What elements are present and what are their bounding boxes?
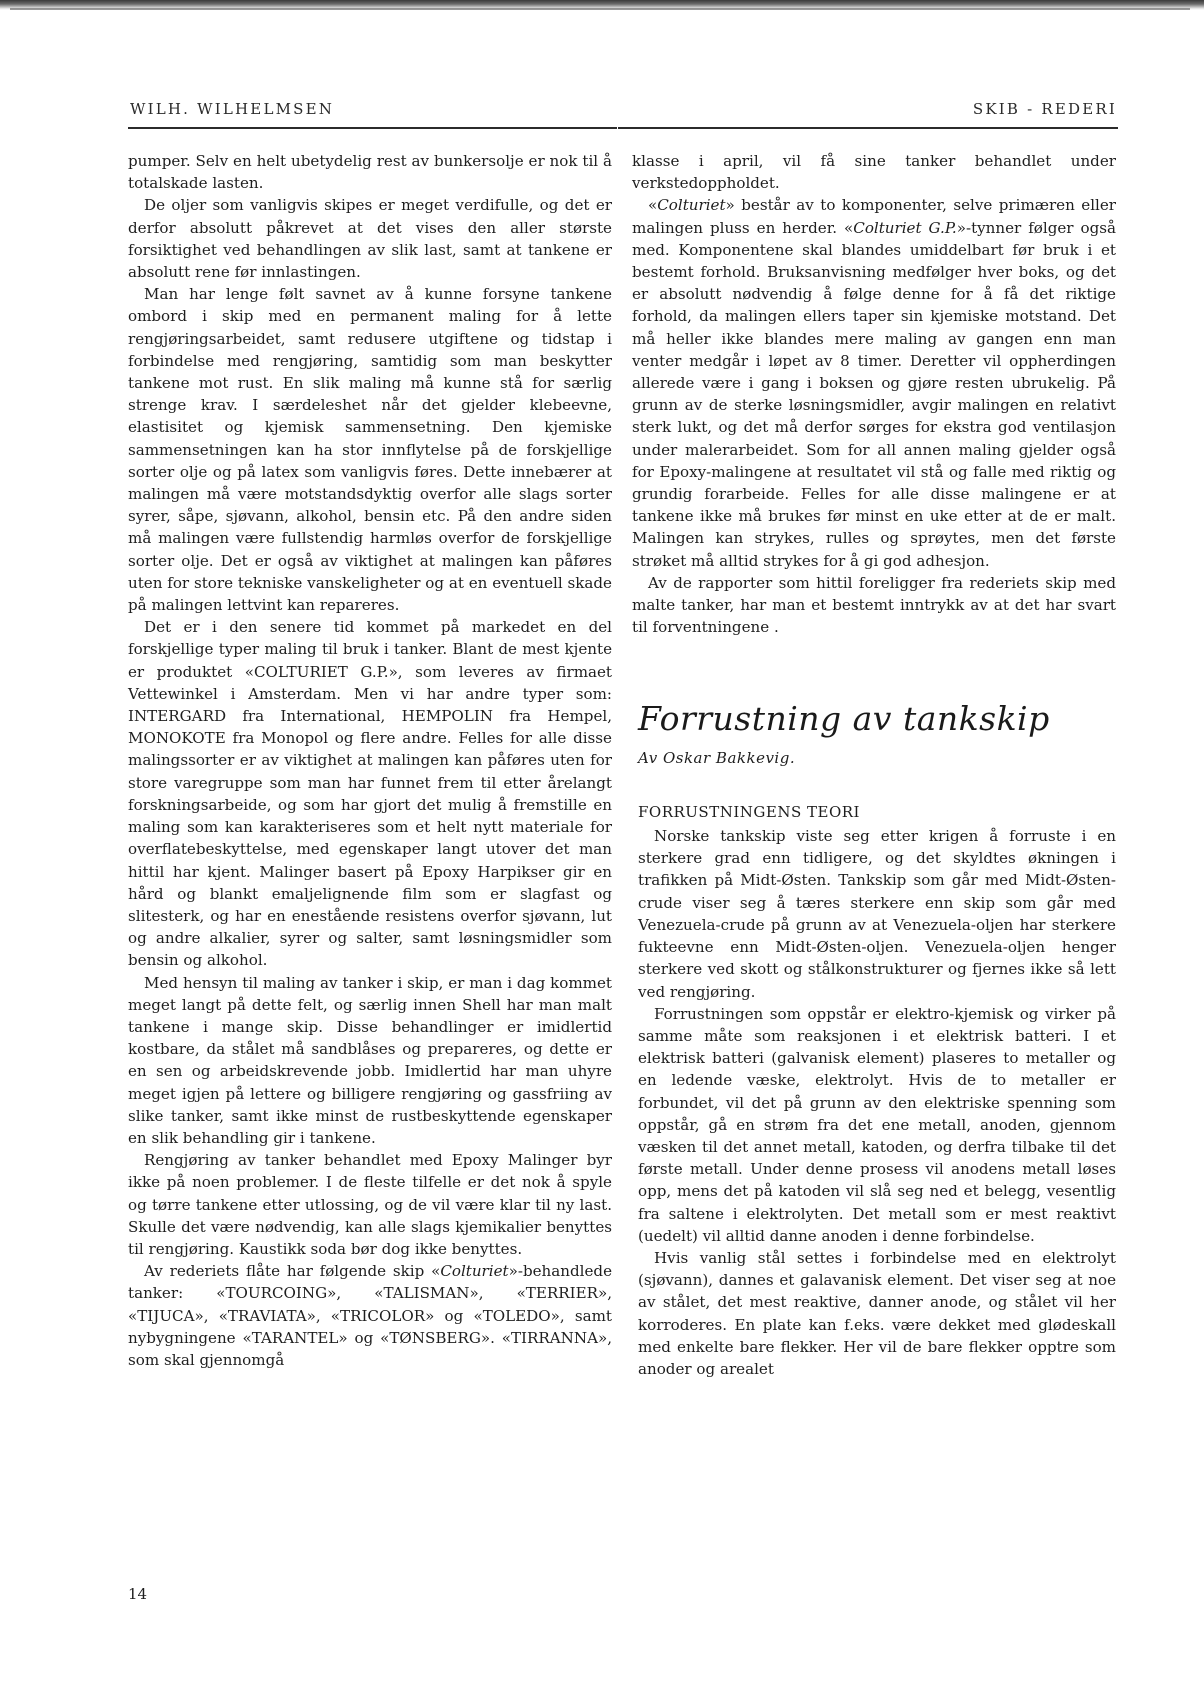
paragraph: Hvis vanlig stål settes i forbindelse me… (632, 1247, 1116, 1380)
paragraph: Norske tankskip viste seg etter krigen å… (632, 825, 1116, 1003)
paragraph: Rengjøring av tanker behandlet med Epoxy… (128, 1149, 612, 1260)
article-title: Forrustning av tankskip (638, 708, 1116, 730)
paragraph: klasse i april, vil få sine tanker behan… (632, 150, 1116, 194)
running-head-section: SKIB - REDERI (973, 100, 1117, 118)
text-run: « (648, 196, 657, 214)
paragraph: Med hensyn til maling av tanker i skip, … (128, 972, 612, 1150)
paragraph: Det er i den senere tid kommet på marked… (128, 616, 612, 971)
right-column: klasse i april, vil få sine tanker behan… (632, 150, 1116, 1380)
paragraph: pumper. Selv en helt ubetydelig rest av … (128, 150, 612, 194)
left-column: pumper. Selv en helt ubetydelig rest av … (128, 150, 612, 1371)
header-rule-right (618, 127, 1118, 129)
scan-edge (0, 0, 1204, 10)
article-byline: Av Oskar Bakkevig. (638, 747, 1116, 769)
header-rule-left (128, 127, 617, 129)
paragraph: Forrustningen som oppstår er elektro-kje… (632, 1003, 1116, 1247)
paragraph: Man har lenge følt savnet av å kunne for… (128, 283, 612, 616)
running-head-publisher: WILH. WILHELMSEN (130, 100, 334, 118)
article-body: Norske tankskip viste seg etter krigen å… (632, 825, 1116, 1380)
text-run: »-tynner følger også med. Komponentene s… (632, 219, 1116, 570)
colturiet-paragraph: «Colturiet» består av to komponenter, se… (632, 194, 1116, 571)
page-number: 14 (128, 1585, 147, 1603)
fleet-paragraph: Av rederiets flåte har følgende skip «Co… (128, 1260, 612, 1371)
paragraph: De oljer som vanligvis skipes er meget v… (128, 194, 612, 283)
product-name: Colturiet (440, 1262, 508, 1280)
section-heading: FORRUSTNINGENS TEORI (638, 801, 1116, 823)
product-name: Colturiet G.P. (853, 219, 956, 237)
text-run: Av rederiets flåte har følgende skip « (144, 1262, 440, 1280)
product-name: Colturiet (657, 196, 725, 214)
paragraph: Av de rapporter som hittil foreligger fr… (632, 572, 1116, 639)
